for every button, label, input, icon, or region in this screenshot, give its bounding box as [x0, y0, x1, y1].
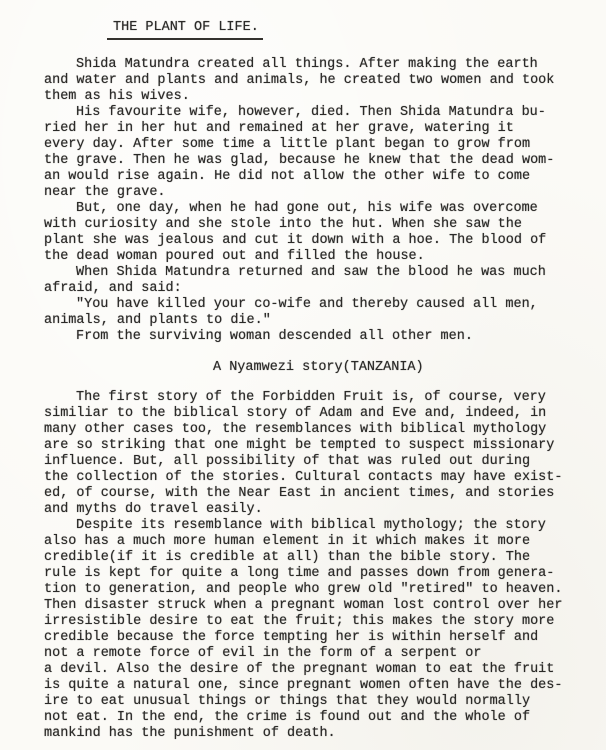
- text-line: His favourite wife, however, died. Then …: [44, 105, 578, 121]
- text-line: When Shida Matundra returned and saw the…: [44, 265, 578, 281]
- text-line: ed, of course, with the Near East in anc…: [44, 486, 578, 502]
- text-line: animals, and plants to die.": [44, 313, 578, 329]
- text-line: Despite its resemblance with biblical my…: [44, 518, 578, 534]
- text-line: credible because the force tempting her …: [44, 630, 578, 646]
- attribution-line: A Nyamwezi story(TANZANIA): [44, 360, 578, 376]
- text-line: also has a much more human element in it…: [44, 534, 578, 550]
- text-line: irresistible desire to eat the fruit; th…: [44, 614, 578, 630]
- commentary-paragraph-1: The first story of the Forbidden Fruit i…: [44, 390, 578, 518]
- text-line: Shida Matundra created all things. After…: [44, 57, 578, 73]
- text-line: and water and plants and animals, he cre…: [44, 73, 578, 89]
- text-line: not eat. In the end, the crime is found …: [44, 710, 578, 726]
- story-paragraph-1: Shida Matundra created all things. After…: [44, 57, 578, 105]
- text-line: a devil. Also the desire of the pregnant…: [44, 662, 578, 678]
- text-line: But, one day, when he had gone out, his …: [44, 201, 578, 217]
- text-line: an would rise again. He did not allow th…: [44, 169, 578, 185]
- text-line: similiar to the biblical story of Adam a…: [44, 406, 578, 422]
- document-page: THE PLANT OF LIFE. Shida Matundra create…: [0, 0, 606, 750]
- text-line: mankind has the punishment of death.: [44, 726, 578, 742]
- text-line: ried her in her hut and remained at her …: [44, 121, 578, 137]
- text-line: rule is kept for quite a long time and p…: [44, 566, 578, 582]
- title-row: THE PLANT OF LIFE.: [44, 20, 578, 40]
- text-line: near the grave.: [44, 185, 578, 201]
- text-line: the collection of the stories. Cultural …: [44, 470, 578, 486]
- text-line: with curiosity and she stole into the hu…: [44, 217, 578, 233]
- text-line: many other cases too, the resemblances w…: [44, 422, 578, 438]
- text-line: credible(if it is credible at all) than …: [44, 550, 578, 566]
- text-line: From the surviving woman descended all o…: [44, 329, 578, 345]
- text-line: them as his wives.: [44, 89, 578, 105]
- text-line: is quite a natural one, since pregnant w…: [44, 678, 578, 694]
- story-paragraph-5: "You have killed your co-wife and thereb…: [44, 297, 578, 329]
- story-paragraph-3: But, one day, when he had gone out, his …: [44, 201, 578, 265]
- text-line: are so striking that one might be tempte…: [44, 438, 578, 454]
- commentary-paragraph-2: Despite its resemblance with biblical my…: [44, 518, 578, 742]
- text-line: not a remote force of evil in the form o…: [44, 646, 578, 662]
- page-title: THE PLANT OF LIFE.: [107, 20, 263, 40]
- text-line: afraid, and said:: [44, 281, 578, 297]
- text-line: and myths do travel easily.: [44, 502, 578, 518]
- story-paragraph-2: His favourite wife, however, died. Then …: [44, 105, 578, 201]
- text-line: ire to eat unusual things or things that…: [44, 694, 578, 710]
- text-line: influence. But, all possibility of that …: [44, 454, 578, 470]
- story-paragraph-4: When Shida Matundra returned and saw the…: [44, 265, 578, 297]
- text-line: tion to generation, and people who grew …: [44, 582, 578, 598]
- text-line: The first story of the Forbidden Fruit i…: [44, 390, 578, 406]
- text-line: the dead woman poured out and filled the…: [44, 249, 578, 265]
- text-line: Then disaster struck when a pregnant wom…: [44, 598, 578, 614]
- text-line: every day. After some time a little plan…: [44, 137, 578, 153]
- text-line: plant she was jealous and cut it down wi…: [44, 233, 578, 249]
- text-line: "You have killed your co-wife and thereb…: [44, 297, 578, 313]
- text-line: the grave. Then he was glad, because he …: [44, 153, 578, 169]
- story-paragraph-6: From the surviving woman descended all o…: [44, 329, 578, 345]
